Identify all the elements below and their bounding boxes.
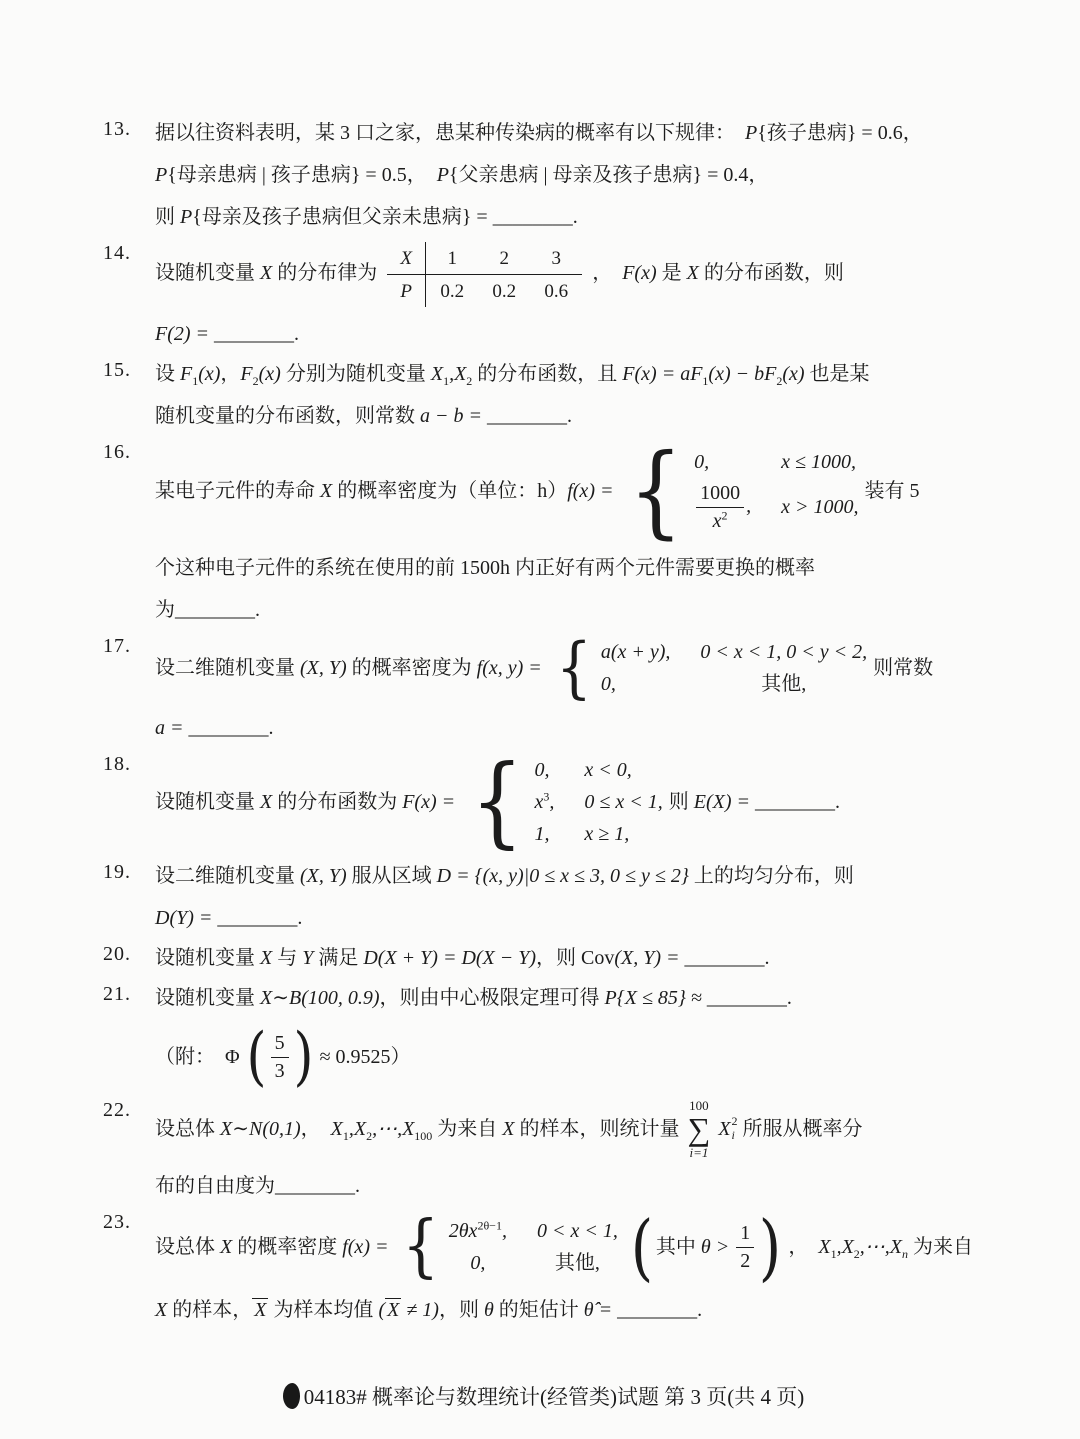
text-run: 个这种电子元件的系统在使用的前 1500h 内正好有两个元件需要更换的概率 [155,557,815,579]
table-row: X123 [387,242,582,275]
text-run: 设随机变量 [155,987,260,1009]
paren-group: (其中 θ > 12) [628,1211,785,1283]
piecewise-function: {0,x < 0,x3,0 ≤ x < 1,1,x ≥ 1, [466,753,663,851]
math-var: , [549,791,554,813]
answer-blank: ________ [189,717,269,739]
question-line: 设二维随机变量 (X, Y) 服从区域 D = {(x, y)|0 ≤ x ≤ … [155,861,984,891]
math-var: ( [378,1299,385,1321]
page-footer: 04183# 概率论与数理统计(经管类)试题 第 3 页(共 4 页) [103,1381,984,1411]
math-var: f(x) = [567,476,618,506]
text-run: 的分布律为 [272,262,377,284]
case-condition: 其他, [537,1250,618,1276]
answer-blank: ________ [175,599,255,621]
math-var: X [818,1236,830,1258]
table-cell: 3 [530,242,582,275]
text-run: 设随机变量 [155,787,260,817]
question-number-text: 23. [103,1211,131,1233]
text-run: . [697,1299,702,1321]
math-var: X [155,1299,167,1321]
left-brace: { [556,635,592,701]
fraction-denominator: x2 [713,508,728,534]
question-body: 据以往资料表明，某 3 口之家，患某种传染病的概率有以下规律： P{孩子患病} … [155,118,984,232]
math-var: θ > [701,1232,734,1262]
question-line: 则 P{母亲及孩子患病但父亲未患病} = ________. [155,202,984,232]
table-header-p: P [387,275,426,307]
text-run: {孩子患病} = 0.6， [757,122,922,144]
text-run: 设 [155,363,180,385]
text-run: . [573,206,578,228]
math-var: (x) − bF [708,363,776,385]
question-14: 14. 设随机变量 X 的分布律为X123P0.20.20.6， F(x) 是 … [103,242,984,349]
distribution-table: X123P0.20.20.6 [387,242,582,307]
question-13: 13. 据以往资料表明，某 3 口之家，患某种传染病的概率有以下规律： P{孩子… [103,118,984,232]
text-run: 也是某 [805,363,870,385]
text-run: ，则 [536,947,581,969]
math-set: {(x, y)|0 ≤ x ≤ 3, 0 ≤ y ≤ 2} [475,865,689,887]
text-run: 为样本均值 [268,1299,378,1321]
math-var: ,⋯, [860,1236,890,1258]
left-brace: { [403,1213,440,1281]
case-value: 0, [535,757,555,783]
question-line: 设 F1(x)，F2(x) 分别为随机变量 X1,X2 的分布函数，且 F(x)… [155,359,984,389]
text-run: . [835,787,840,817]
math-expression: X∼B(100, 0.9) [260,987,380,1009]
question-number-text: 17. [103,635,131,657]
text-run: 分别为随机变量 [281,363,431,385]
math-var: P [180,206,192,228]
question-number: 13. [103,118,155,232]
question-number: 15. [103,359,155,431]
math-var: , [502,1220,507,1242]
cases-grid: 0,x ≤ 1000,1000x2,x > 1000, [694,449,858,534]
question-number-text: 19. [103,861,131,883]
question-number: 14. [103,242,155,349]
question-number-text: 16. [103,441,131,463]
question-22: 22. 设总体 X∼N(0,1)， X1,X2,⋯,X100 为来自 X 的样本… [103,1099,984,1201]
text-run: . [294,323,299,345]
case-condition: x > 1000, [781,494,858,520]
question-line: 设随机变量 X 与 Y 满足 D(X + Y) = D(X − Y)，则 Cov… [155,943,984,973]
question-line: 为________. [155,595,984,625]
question-19: 19. 设二维随机变量 (X, Y) 服从区域 D = {(x, y)|0 ≤ … [103,861,984,933]
case-value: 0, [601,671,671,697]
math-var: E(X) = [694,787,755,817]
sum-lower-limit: i=1 [689,1146,708,1159]
right-paren: ) [759,1211,781,1283]
math-var: a − b = [420,405,487,427]
math-operator-cov: Cov [581,947,614,969]
question-number-text: 18. [103,753,131,775]
question-number: 19. [103,861,155,933]
table-row: P0.20.20.6 [387,275,582,307]
question-body: 设随机变量 X∼B(100, 0.9)，则由中心极限定理可得 P{X ≤ 85}… [155,983,984,1089]
math-var: x [713,510,722,532]
left-brace: { [629,441,683,541]
answer-blank: ________ [617,1299,697,1321]
question-body: 设二维随机变量 (X, Y) 服从区域 D = {(x, y)|0 ≤ x ≤ … [155,861,984,933]
text-run: ， [592,262,622,284]
math-var: X [842,1236,854,1258]
answer-blank: ________ [214,323,294,345]
cases-grid: 0,x < 0,x3,0 ≤ x < 1,1,x ≥ 1, [535,757,663,847]
superscript: 2θ−1 [477,1219,502,1233]
text-run: 设总体 [155,1114,220,1144]
question-number-text: 13. [103,118,131,140]
math-var: f(x) = [342,1232,393,1262]
math-var: X [454,363,466,385]
case-value: x3, [535,789,555,815]
text-run: 为来自 [908,1236,973,1258]
math-var: X [320,476,332,506]
fraction-denominator: 3 [275,1058,285,1084]
question-21: 21. 设随机变量 X∼B(100, 0.9)，则由中心极限定理可得 P{X ≤… [103,983,984,1089]
fraction: 53 [271,1031,289,1084]
text-run: 的样本，则统计量 [515,1118,680,1140]
sigma-symbol: ∑ [688,1114,711,1144]
question-number-text: 20. [103,943,131,965]
question-number: 23. [103,1211,155,1325]
math-var: (x) [782,363,804,385]
question-number: 22. [103,1099,155,1201]
text-run: （附： [155,1042,225,1072]
math-var: Y [302,947,313,969]
text-run: 上的均匀分布，则 [689,865,854,887]
text-run: 设二维随机变量 [155,653,300,683]
text-run: 的概率密度为（单位：h） [332,476,567,506]
piecewise-function: {2θx2θ−1,0 < x < 1,0,其他, [399,1213,617,1281]
paren-group: (53) [244,1025,316,1089]
text-run: ，则 [439,1299,484,1321]
question-number-text: 15. [103,359,131,381]
math-var: (x) [259,363,281,385]
ink-blob [283,1383,300,1409]
question-line: 设总体 X 的概率密度 f(x) = {2θx2θ−1,0 < x < 1,0,… [155,1211,984,1283]
question-line: 设随机变量 X 的分布函数为 F(x) = {0,x < 0,x3,0 ≤ x … [155,753,984,851]
question-number: 17. [103,635,155,743]
case-condition: 0 ≤ x < 1, [584,789,662,815]
question-line: D(Y) = ________. [155,903,984,933]
left-paren: ( [631,1211,653,1283]
fraction-numerator: 5 [271,1031,289,1058]
math-var: X [260,947,272,969]
text-run: 服从区域 [347,865,437,887]
math-var: X [402,1118,414,1140]
question-line: 据以往资料表明，某 3 口之家，患某种传染病的概率有以下规律： P{孩子患病} … [155,118,984,148]
math-var: X [502,1118,514,1140]
question-line: 随机变量的分布函数，则常数 a − b = ________. [155,401,984,431]
question-number: 20. [103,943,155,973]
question-16: 16. 某电子元件的寿命 X 的概率密度为（单位：h）f(x) = {0,x ≤… [103,441,984,625]
math-expression: X∼N(0,1) [220,1114,301,1144]
case-condition: 0 < x < 1, 0 < y < 2, [700,639,867,665]
math-var: F(x) = [402,787,460,817]
question-line: P{母亲患病 | 孩子患病} = 0.5， P{父亲患病 | 母亲及孩子患病} … [155,160,984,190]
math-theta: θ [484,1299,494,1321]
math-var: X [354,1118,366,1140]
math-var: ,⋯, [372,1118,402,1140]
answer-blank: ________ [493,206,573,228]
math-var: F(x) [622,262,656,284]
table-cell: 0.6 [530,275,582,307]
fraction: 1000x2 [696,481,744,534]
math-theta-hat: θ̂ = [584,1299,617,1321]
text-run: 的样本， [167,1299,252,1321]
text-run: 其中 [656,1232,701,1262]
math-var: X [220,1232,232,1262]
math-var: F [240,363,252,385]
text-run: {母亲患病 | 孩子患病} = 0.5， [167,164,436,186]
question-18: 18. 设随机变量 X 的分布函数为 F(x) = {0,x < 0,x3,0 … [103,753,984,851]
math-var: f(x, y) = [477,653,547,683]
math-var: P [745,122,757,144]
math-phi: Φ [225,1042,240,1072]
text-run: 为来自 [432,1118,502,1140]
case-value: 1000x2, [694,481,751,534]
case-condition: x ≥ 1, [584,821,662,847]
text-run: 装有 5 [864,476,919,506]
question-body: 某电子元件的寿命 X 的概率密度为（单位：h）f(x) = {0,x ≤ 100… [155,441,984,625]
table-cell: 1 [426,242,478,275]
math-var: X [687,262,699,284]
math-var: D(Y) = [155,907,217,929]
math-var: X [260,262,272,284]
text-run: 则 [155,206,180,228]
text-run: 设总体 [155,1232,220,1262]
answer-blank: ________ [487,405,567,427]
exam-page: 13. 据以往资料表明，某 3 口之家，患某种传染病的概率有以下规律： P{孩子… [0,0,1080,1439]
question-body: 设随机变量 X 的分布律为X123P0.20.20.6， F(x) 是 X 的分… [155,242,984,349]
math-var: P [437,164,449,186]
question-body: 设二维随机变量 (X, Y) 的概率密度为 f(x, y) = {a(x + y… [155,635,984,743]
text-run: {父亲患病 | 母亲及孩子患病} = 0.4， [449,164,768,186]
case-condition: x ≤ 1000, [781,449,858,475]
question-line: （附： Φ(53)≈ 0.9525） [155,1025,984,1089]
question-number: 16. [103,441,155,625]
fraction: 12 [736,1221,754,1274]
text-run: . [567,405,572,427]
question-20: 20. 设随机变量 X 与 Y 满足 D(X + Y) = D(X − Y)，则… [103,943,984,973]
summation: 100∑i=1 [688,1099,711,1159]
math-var: F [180,363,192,385]
footer-text: 04183# 概率论与数理统计(经管类)试题 第 3 页(共 4 页) [304,1381,804,1411]
math-var: F(2) = [155,323,214,345]
text-run: 是 [657,262,687,284]
math-var: P [155,164,167,186]
math-var: F(x) = aF [622,363,702,385]
question-body: 设随机变量 X 的分布函数为 F(x) = {0,x < 0,x3,0 ≤ x … [155,753,984,851]
case-condition: 其他, [700,671,867,697]
math-expression: ≠ 1) [401,1299,439,1321]
math-expression: P{X ≤ 85} ≈ [605,987,707,1009]
question-line: a = ________. [155,713,984,743]
case-condition: x < 0, [584,757,662,783]
table-cell: 2 [478,242,530,275]
answer-blank: ________ [755,787,835,817]
case-value: a(x + y), [601,639,671,665]
text-run: . [765,947,770,969]
text-run: ， [220,363,240,385]
fraction-denominator: 2 [740,1248,750,1274]
answer-blank: ________ [685,947,765,969]
math-var: a = [155,717,189,739]
text-run: 满足 [313,947,363,969]
text-run: {母亲及孩子患病但父亲未患病} = [192,206,492,228]
question-number: 21. [103,983,155,1089]
text-run: ， [788,1232,818,1262]
math-var: X [718,1114,730,1144]
cases-grid: a(x + y),0 < x < 1, 0 < y < 2,0,其他, [601,639,867,697]
text-run: 某电子元件的寿命 [155,476,320,506]
question-17: 17. 设二维随机变量 (X, Y) 的概率密度为 f(x, y) = {a(x… [103,635,984,743]
piecewise-function: {0,x ≤ 1000,1000x2,x > 1000, [624,441,858,541]
sample-mean-bar: X [385,1298,401,1321]
text-run: 布的自由度为 [155,1175,275,1197]
case-value: 0, [449,1250,507,1276]
question-line: 布的自由度为________. [155,1171,984,1201]
text-run: 与 [272,947,302,969]
fraction-numerator: 1000 [696,481,744,508]
question-23: 23. 设总体 X 的概率密度 f(x) = {2θx2θ−1,0 < x < … [103,1211,984,1325]
text-run: 所服从概率分 [738,1114,863,1144]
answer-blank: ________ [707,987,787,1009]
sample-mean-bar: X [252,1298,268,1321]
case-condition: 0 < x < 1, [537,1218,618,1244]
left-brace: { [471,753,524,851]
text-run: ，则由中心极限定理可得 [380,987,605,1009]
table-header-x: X [387,242,426,275]
question-line: 个这种电子元件的系统在使用的前 1500h 内正好有两个元件需要更换的概率 [155,553,984,583]
text-run: 的分布函数为 [272,787,402,817]
question-line: F(2) = ________. [155,319,984,349]
question-number-text: 14. [103,242,131,264]
math-var: (X, Y) [300,865,347,887]
math-var: X [890,1236,902,1258]
answer-blank: ________ [217,907,297,929]
question-line: 设二维随机变量 (X, Y) 的概率密度为 f(x, y) = {a(x + y… [155,635,984,701]
math-var: (X, Y) [300,653,347,683]
text-run: 的概率密度 [232,1232,342,1262]
text-run: 据以往资料表明，某 3 口之家，患某种传染病的概率有以下规律： [155,122,745,144]
text-run: 则常数 [873,653,933,683]
question-15: 15. 设 F1(x)，F2(x) 分别为随机变量 X1,X2 的分布函数，且 … [103,359,984,431]
math-var: X [331,1118,343,1140]
text-run: . [269,717,274,739]
question-line: X 的样本，X 为样本均值 (X ≠ 1)，则 θ 的矩估计 θ̂ = ____… [155,1295,984,1325]
question-line: 设随机变量 X∼B(100, 0.9)，则由中心极限定理可得 P{X ≤ 85}… [155,983,984,1013]
text-run: 的概率密度为 [347,653,477,683]
text-run: 则 [669,787,694,817]
math-var: X [431,363,443,385]
left-paren: ( [246,1025,266,1089]
answer-blank: ________ [275,1175,355,1197]
math-var: (x) [198,363,220,385]
fraction-numerator: 1 [736,1221,754,1248]
case-value: 0, [694,449,751,475]
question-body: 设总体 X 的概率密度 f(x) = {2θx2θ−1,0 < x < 1,0,… [155,1211,984,1325]
text-run: 随机变量的分布函数，则常数 [155,405,420,427]
text-run: . [297,907,302,929]
case-value: 1, [535,821,555,847]
text-run: ， [301,1114,331,1144]
math-expression: D(X + Y) = D(X − Y) [363,947,536,969]
question-number-text: 21. [103,983,131,1005]
case-value: 2θx2θ−1, [449,1218,507,1244]
math-var: , [746,495,751,517]
question-line: 设随机变量 X 的分布律为X123P0.20.20.6， F(x) 是 X 的分… [155,242,984,307]
math-var: (X, Y) = [614,947,684,969]
table-cell: 0.2 [426,275,478,307]
text-run: 设二维随机变量 [155,865,300,887]
text-run: 的分布函数，则 [699,262,844,284]
table-cell: 0.2 [478,275,530,307]
question-line: 某电子元件的寿命 X 的概率密度为（单位：h）f(x) = {0,x ≤ 100… [155,441,984,541]
question-number-text: 22. [103,1099,131,1121]
text-run: . [787,987,792,1009]
math-var: D = [437,865,475,887]
text-run: 的分布函数，且 [472,363,622,385]
math-expression: ≈ 0.9525 [320,1042,391,1072]
question-body: 设总体 X∼N(0,1)， X1,X2,⋯,X100 为来自 X 的样本，则统计… [155,1099,984,1201]
math-var: 2θx [449,1220,478,1242]
subscript: 100 [414,1129,432,1143]
question-body: 设随机变量 X 与 Y 满足 D(X + Y) = D(X − Y)，则 Cov… [155,943,984,973]
text-run: . [355,1175,360,1197]
math-var: X [260,787,272,817]
right-paren: ) [293,1025,313,1089]
text-run: 为 [155,599,175,621]
question-number: 18. [103,753,155,851]
question-line: 设总体 X∼N(0,1)， X1,X2,⋯,X100 为来自 X 的样本，则统计… [155,1099,984,1159]
question-body: 设 F1(x)，F2(x) 分别为随机变量 X1,X2 的分布函数，且 F(x)… [155,359,984,431]
text-run: . [255,599,260,621]
superscript: 2 [722,508,728,522]
text-run: ） [391,1042,411,1072]
text-run: 设随机变量 [155,947,260,969]
text-run: 设随机变量 [155,262,260,284]
piecewise-function: {a(x + y),0 < x < 1, 0 < y < 2,0,其他, [553,635,867,701]
text-run: 的矩估计 [494,1299,584,1321]
cases-grid: 2θx2θ−1,0 < x < 1,0,其他, [449,1218,618,1276]
